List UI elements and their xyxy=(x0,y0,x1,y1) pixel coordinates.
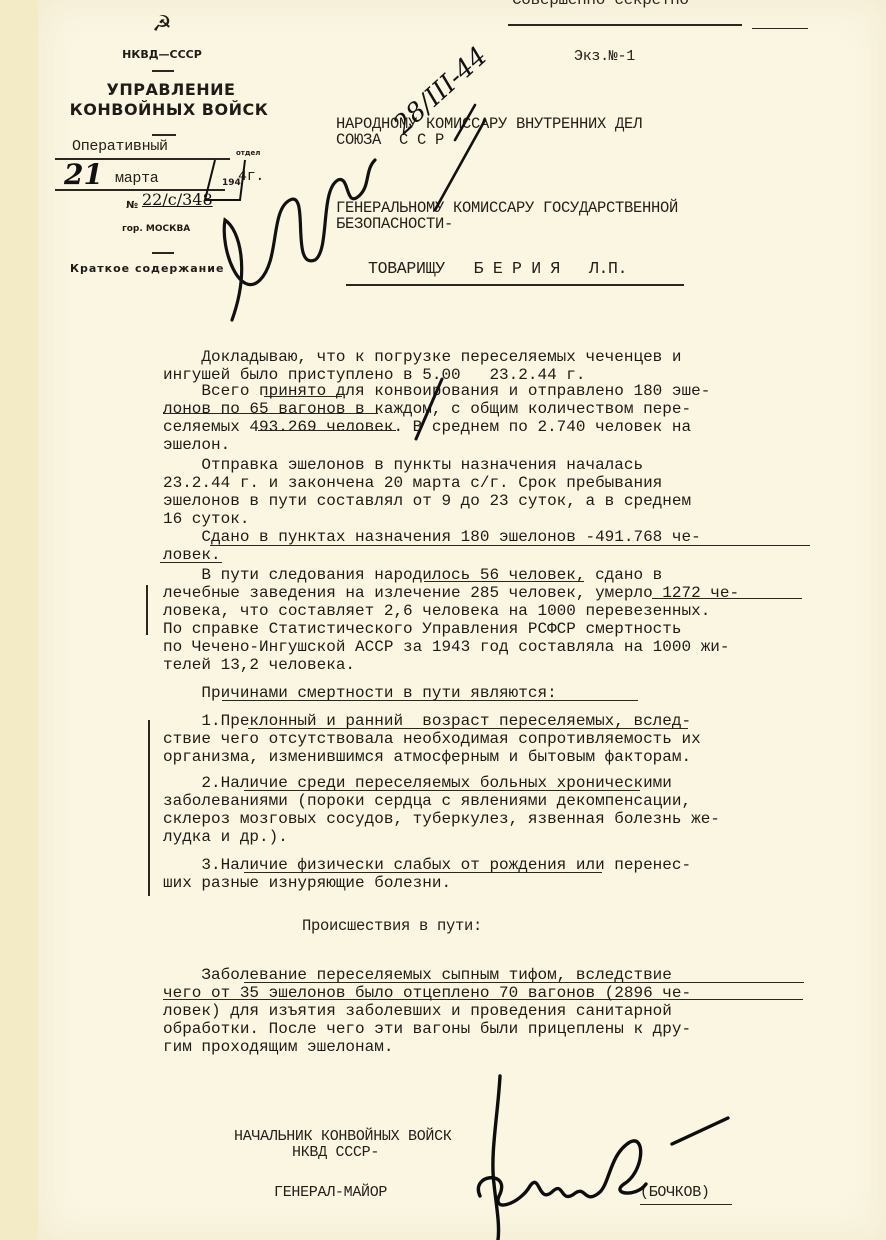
signatory-rank: ГЕНЕРАЛ-МАЙОР xyxy=(274,1184,387,1201)
text-line: 23.2.44 г. и закончена 20 марта с/г. Сро… xyxy=(163,474,823,492)
text-line: селяемых 493.269 человек. В среднем по 2… xyxy=(163,418,823,436)
text-line: заболеваниями (пороки сердца с явлениями… xyxy=(163,792,823,810)
cause-2: 2.Наличие среди переселяемых больных хро… xyxy=(163,774,823,846)
date-month: марта xyxy=(115,170,159,187)
signatory-title-line1: НАЧАЛЬНИК КОНВОЙНЫХ ВОЙСК xyxy=(234,1128,452,1145)
text-line: по Чечено-Ингушской АССР за 1943 год сос… xyxy=(163,638,823,656)
incidents-heading: Происшествия в пути: xyxy=(302,918,482,935)
department-name: Оперативный xyxy=(72,138,168,155)
text-line: Сдано в пунктах назначения 180 эшелонов … xyxy=(163,528,823,546)
document-number: 22/с/348 xyxy=(142,190,213,209)
text-line: ловек) для изъятия заболевших и проведен… xyxy=(163,1002,823,1020)
paragraph-loading-start: Докладываю, что к погрузке переселяемых … xyxy=(163,348,823,384)
addressee-line-2: СОЮЗА С С Р xyxy=(336,132,444,149)
signatory-title-line2: НКВД СССР- xyxy=(292,1144,379,1161)
classification-stamp: Совершенно секретно xyxy=(512,0,689,9)
text-line: эшелон. xyxy=(163,436,823,454)
text-line: гим проходящим эшелонам. xyxy=(163,1038,823,1056)
text-line: ловек. xyxy=(163,546,823,564)
text-line: Докладываю, что к погрузке переселяемых … xyxy=(163,348,823,366)
text-line: лонов по 65 вагонов в каждом, с общим ко… xyxy=(163,400,823,418)
text-line: 16 суток. xyxy=(163,510,823,528)
agency-name: НКВД—СССР xyxy=(112,48,212,61)
text-line: ших разные изнуряющие болезни. xyxy=(163,874,823,892)
addressee-name: ТОВАРИЩУ Б Е Р И Я Л.П. xyxy=(368,260,627,277)
directorate-line2: КОНВОЙНЫХ ВОЙСК xyxy=(58,100,280,119)
directorate-line1: УПРАВЛЕНИЕ xyxy=(86,80,256,99)
paragraph-mortality: В пути следования народилось 56 человек,… xyxy=(163,566,823,674)
copy-number: Экз.№-1 xyxy=(574,48,635,65)
text-line: эшелонов в пути составлял от 9 до 23 сут… xyxy=(163,492,823,510)
signatory-name: (БОЧКОВ) xyxy=(640,1184,710,1201)
incidents-paragraph: Заболевание переселяемых сыпным тифом, в… xyxy=(163,966,823,1056)
paragraph-dispatch: Отправка эшелонов в пункты назначения на… xyxy=(163,456,823,528)
date-day: 21 xyxy=(64,158,103,191)
text-line: Всего принято для конвоирования и отправ… xyxy=(163,382,823,400)
text-line: ствие чего отсутствовала необходимая соп… xyxy=(163,730,823,748)
summary-label: Краткое содержание xyxy=(70,262,224,275)
hammer-sickle-emblem-icon: ☭ xyxy=(150,12,174,37)
text-line: ловека, что составляет 2,6 человека на 1… xyxy=(163,602,823,620)
department-label: отдел xyxy=(236,149,260,157)
cause-1: 1.Преклонный и ранний возраст переселяем… xyxy=(163,712,823,766)
paragraph-totals: Всего принято для конвоирования и отправ… xyxy=(163,382,823,454)
text-line: Отправка эшелонов в пункты назначения на… xyxy=(163,456,823,474)
city: гор. МОСКВА xyxy=(122,224,190,234)
cause-3: 3.Наличие физически слабых от рождения и… xyxy=(163,856,823,892)
text-line: обработки. После чего эти вагоны были пр… xyxy=(163,1020,823,1038)
text-line: лудка и др.). xyxy=(163,828,823,846)
addressee-line-4: БЕЗОПАСНОСТИ- xyxy=(336,216,453,233)
date-year-suffix: 4г. xyxy=(238,168,264,185)
text-line: склероз мозговых сосудов, туберкулез, яз… xyxy=(163,810,823,828)
text-line: По справке Статистического Управления РС… xyxy=(163,620,823,638)
number-label: № xyxy=(126,200,138,211)
text-line: телей 13,2 человека. xyxy=(163,656,823,674)
text-line: организма, изменившимся атмосферным и бы… xyxy=(163,748,823,766)
